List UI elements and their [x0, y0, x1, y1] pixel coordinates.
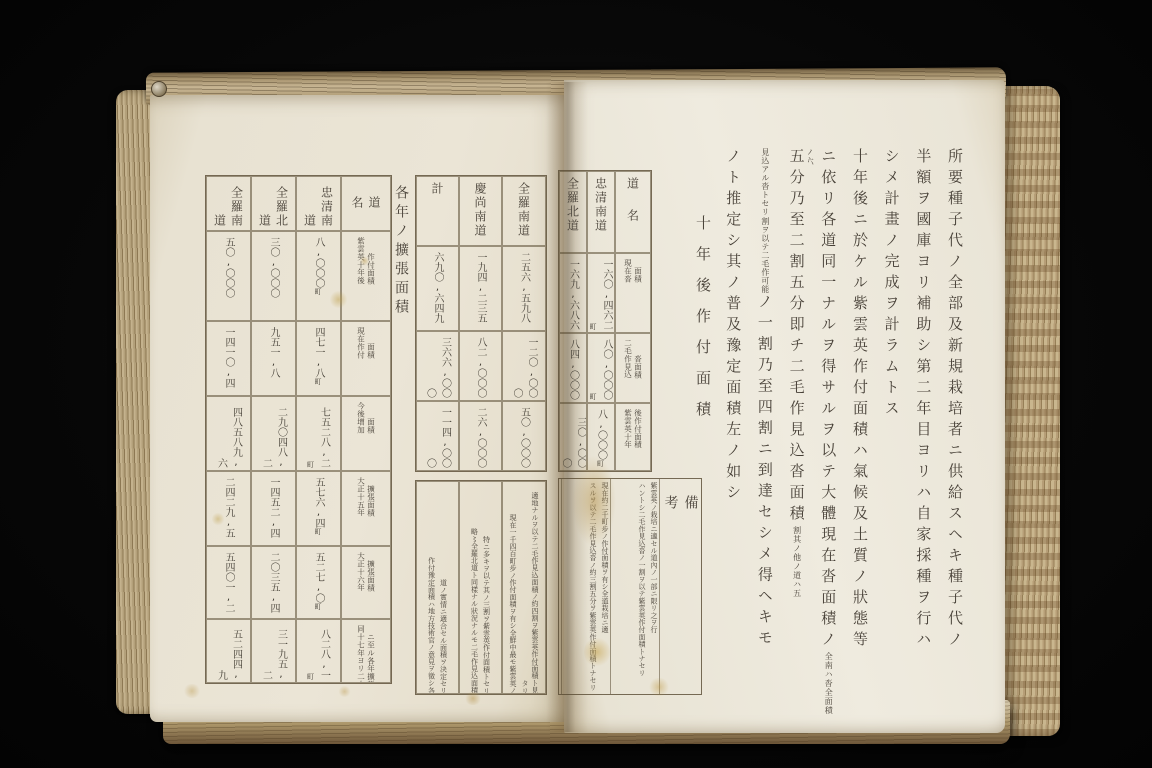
row-label-cell: 紫雲英十年後作付面積: [341, 231, 391, 321]
note-cell: 略〻全羅北道ト同樣ナル狀況ナルモ二毛作見込面積特ニ多キヲ以テ其ノ三割ヲ紫雲英作付…: [459, 481, 502, 694]
note-cell: 現在一千四百町步ノ作付面積ヲ有シ全鮮中最モ紫雲英ノ適地ナルヲ以テ二毛作見込面積ノ…: [502, 481, 546, 694]
value-cell: 八二八,一町: [296, 619, 341, 683]
value-cell: 一六九,六八六: [559, 253, 587, 333]
note-line: 紫雲英ノ栽培ニ適セル道內ノ一部ニ限リ之ヲ行: [649, 482, 659, 697]
unit-mark: 町: [314, 288, 322, 295]
value-cell: 八〇,〇〇〇町: [587, 333, 615, 403]
row-label-cell: 同十七年ヨリ二十四年ニ至ル各年擴張面積: [341, 619, 391, 683]
row-label: 大正十六年擴張面積: [357, 552, 376, 592]
cell-value: 一六〇,四六二町: [588, 259, 614, 330]
row-label-line: 大正十六年: [357, 552, 366, 592]
value-cell: 五四〇一,二: [206, 546, 251, 619]
inline-note-line: 見込アル沓トセリ: [761, 148, 770, 216]
table-continuation: 全羅南道二五六,五九八一二〇,〇〇〇五〇,〇〇〇慶尚南道一九四,二三五八二,〇〇…: [415, 175, 547, 472]
value-cell: 七五二八,二町: [296, 396, 341, 471]
text-column-7: 割ヲ以テ二毛作可能見込アル沓トセリノ一割乃至四割ニ到達セシメ得ヘキモ: [744, 148, 776, 716]
row-label-line: 擴張面積: [367, 552, 376, 592]
cell-value: 八二八,一町: [306, 625, 332, 680]
table-corner-cell: 道名: [615, 171, 651, 253]
cell-value: 八,〇〇〇町: [311, 237, 326, 295]
province-name: 計: [429, 182, 446, 196]
cell-value: 四八五八九,六: [214, 402, 244, 468]
unit-mark: 町: [314, 603, 322, 610]
text-run: 十年後ニ於ケル紫雲英作付面積ハ氣候及土質ノ狀態等: [851, 148, 869, 652]
text-run: 半額ヲ國庫ヨリ補助シ第二年目ヨリハ自家採種ヲ行ハ: [914, 148, 932, 652]
cell-value: 八四,〇〇〇: [566, 339, 581, 400]
cell-value: 五四〇一,二: [221, 552, 236, 613]
value-cell: 三一九五,二: [251, 619, 296, 683]
cell-value: 五二四四,九: [214, 625, 244, 680]
remarks-label-cell: 備考: [659, 479, 701, 694]
corner-label: 道名: [625, 177, 642, 241]
row-label-cell: 大正十五年擴張面積: [341, 471, 391, 546]
unit-mark: 町: [589, 393, 597, 400]
cell-value: 八二,〇〇〇: [473, 337, 488, 398]
cell-value: 一九四,二三五: [473, 252, 488, 323]
cell-value: 三〇,〇〇〇: [266, 237, 281, 298]
inline-note: 割ヲ以テ二毛作可能見込アル沓トセリ: [761, 148, 770, 294]
province-header-cell: 慶尚南道: [459, 176, 502, 246]
remarks-label: 備考: [661, 479, 701, 695]
note-line: スルヲ以テ二毛作見込沓ノ約三割五分ヲ紫雲英作付面積トナセリ: [588, 482, 598, 697]
cell-value: 五〇,〇〇〇: [517, 407, 532, 468]
cell-value: 二五六,五九八: [517, 252, 532, 323]
row-label-line: 今後增加: [357, 402, 366, 434]
value-cell: 三六六,〇〇〇: [416, 331, 459, 401]
text-column-3: シメ計畫ノ完成ヲ計ラムトス: [871, 148, 903, 716]
cell-value: 五〇,〇〇〇: [221, 237, 236, 298]
value-cell: 四七一,八町: [296, 321, 341, 396]
value-cell: 八,〇〇〇町: [296, 231, 341, 321]
note-line: 特ニ多キヲ以テ其ノ三割ヲ紫雲英作付面積トセリ: [482, 490, 492, 694]
cell-value: 五二七,〇町: [311, 552, 326, 610]
row-label-line: 大正十五年: [357, 477, 366, 517]
note-line: 道ノ實情ニ適合セル面積ヲ決定セリ: [439, 490, 449, 694]
value-cell: 二六,〇〇〇: [459, 401, 502, 471]
cell-value: 一四五二,四: [266, 477, 281, 538]
text-column-5: ニ依リ各道同一ナルヲ得サルヲ以テ大體現在沓面積ノ全南ハ沓全面積ノ六: [808, 148, 840, 716]
value-cell: 五〇,〇〇〇: [502, 401, 546, 471]
row-label-line: 沓面積: [634, 339, 643, 379]
value-cell: 五〇,〇〇〇: [206, 231, 251, 321]
row-label-line: 紫雲英十年後: [357, 237, 366, 284]
row-label-line: 面積: [634, 259, 643, 283]
cell-value: 二九〇四八,二: [259, 402, 289, 468]
value-cell: 五七六,四町: [296, 471, 341, 546]
value-cell: 四八五八九,六: [206, 396, 251, 471]
row-label-line: 現在沓: [624, 259, 633, 283]
cell-value: 三六六,〇〇〇: [423, 337, 453, 398]
value-cell: 二五六,五九八: [502, 246, 546, 331]
main-text: 所要種子代ノ全部及新規栽培者ニ供給スヘキ種子代ノ 半額ヲ國庫ヨリ補助シ第二年目ヨ…: [712, 148, 966, 716]
row-label-cell: 大正十六年擴張面積: [341, 546, 391, 619]
value-cell: 二四二九,五: [206, 471, 251, 546]
text-column-2: 半額ヲ國庫ヨリ補助シ第二年目ヨリハ自家採種ヲ行ハ: [903, 148, 935, 716]
binding-post: [151, 81, 167, 97]
province-name: 全羅南道: [212, 182, 246, 228]
text-column-8: ノト推定シ其ノ普及豫定面積左ノ如シ: [713, 148, 745, 716]
text-run: 所要種子代ノ全部及新規栽培者ニ供給スヘキ種子代ノ: [946, 148, 964, 652]
right-page-stack-edge: [1002, 86, 1060, 736]
row-label-cell: 現在沓面積: [615, 253, 651, 333]
text-run: ニ依リ各道同一ナルヲ得サルヲ以テ大體現在沓面積ノ: [819, 148, 837, 652]
row-label-line: 紫雲英十年: [624, 409, 633, 449]
unit-mark: 町: [307, 461, 315, 468]
value-cell: 一一四,〇〇〇: [416, 401, 459, 471]
province-header-cell: 忠清南道: [587, 171, 615, 253]
value-cell: 一四五二,四: [251, 471, 296, 546]
text-run: ノ一割乃至四割ニ到達セシメ得ヘキモ: [756, 294, 774, 651]
note-line: 作付豫定面積ハ地方技術官ノ意見ヲ徵シ各: [427, 490, 437, 694]
unit-mark: 町: [597, 460, 605, 467]
province-name: 忠清南道: [302, 182, 336, 228]
unit-mark: 町: [314, 528, 322, 535]
unit-mark: 町: [314, 378, 322, 385]
remark-note: 紫雲英ノ栽培ニ適セル道內ノ一部ニ限リ之ヲ行ハントシ二毛作見込沓ノ一割ヲ以テ紫雲英…: [610, 479, 659, 694]
text-column-6: 五分乃至二割五分即チ二毛作見込沓面積割其ノ他ノ道ハ五: [776, 148, 808, 716]
cell-value: 三一九五,二: [259, 625, 289, 680]
cell-value: 一二〇,〇〇〇: [509, 337, 539, 398]
cell-value: 二六,〇〇〇: [473, 407, 488, 468]
province-header-cell: 全羅南道: [502, 176, 546, 246]
cell-value: 二四二九,五: [221, 477, 236, 538]
corner-label: 道名: [349, 182, 383, 228]
table-heading: 十年後作付面積: [693, 215, 714, 432]
expansion-table: 道名紫雲英十年後作付面積現在作付面積今後增加面積大正十五年擴張面積大正十六年擴張…: [205, 175, 392, 684]
cell-value: 六九〇,六四九: [430, 252, 445, 323]
note-line: 現在約二千町步ノ作付面積ヲ有シ全道栽培ニ適: [600, 482, 610, 697]
cell-value: 九五一,八: [266, 327, 281, 378]
section-title: 各年ノ擴張面積: [391, 185, 411, 318]
cell-value: 一四一〇,四: [221, 327, 236, 388]
row-label-line: ニ至ル各年擴張面積: [367, 625, 376, 683]
row-label: 大正十五年擴張面積: [357, 477, 376, 517]
note-line: 略〻全羅北道ト同樣ナル狀況ナルモ二毛作見込面積: [470, 490, 480, 694]
value-cell: 三〇,〇〇〇: [559, 403, 587, 471]
cell-value: 一一四,〇〇〇: [423, 407, 453, 468]
note-cell: 作付豫定面積ハ地方技術官ノ意見ヲ徵シ各道ノ實情ニ適合セル面積ヲ決定セリ: [416, 481, 459, 694]
row-label-cell: 紫雲英十年後作付面積: [615, 403, 651, 471]
province-name: 慶尚南道: [472, 182, 489, 238]
value-cell: 一二〇,〇〇〇: [502, 331, 546, 401]
province-header-cell: 全羅北道: [251, 176, 296, 231]
unit-mark: 町: [589, 323, 597, 330]
row-label: 同十七年ヨリ二十四年ニ至ル各年擴張面積: [357, 625, 376, 683]
province-name: 全羅北道: [565, 177, 582, 233]
value-cell: 八,〇〇〇町: [587, 403, 615, 471]
cell-value: 三〇,〇〇〇: [559, 409, 587, 468]
cell-value: 四七一,八町: [311, 327, 326, 385]
row-label: 紫雲英十年後作付面積: [357, 237, 376, 284]
province-name: 全羅南道: [516, 182, 533, 238]
row-label: 現在沓面積: [624, 259, 643, 283]
province-name: 忠清南道: [593, 177, 610, 233]
province-header-cell: 全羅南道: [206, 176, 251, 231]
note-line: 現在一千四百町步ノ作付面積ヲ有シ全鮮中最モ紫雲英ノ: [508, 490, 518, 694]
row-label-line: 擴張面積: [367, 477, 376, 517]
text-run: ノト推定シ其ノ普及豫定面積左ノ如シ: [724, 148, 742, 505]
row-label: 二毛作見込沓面積: [624, 339, 643, 379]
row-label-line: 同十七年ヨリ二十四年: [357, 625, 366, 683]
row-label-line: 作付面積: [367, 237, 376, 284]
value-cell: 二〇三五,四: [251, 546, 296, 619]
text-run: シメ計畫ノ完成ヲ計ラムトス: [883, 148, 901, 421]
cell-value: 八,〇〇〇町: [594, 409, 609, 467]
row-label: 現在作付面積: [357, 327, 376, 359]
row-label: 今後增加面積: [357, 402, 376, 434]
cell-value: 八〇,〇〇〇町: [588, 339, 614, 400]
cell-value: 五七六,四町: [311, 477, 326, 535]
value-cell: 八二,〇〇〇: [459, 331, 502, 401]
book-photo: 所要種子代ノ全部及新規栽培者ニ供給スヘキ種子代ノ 半額ヲ國庫ヨリ補助シ第二年目ヨ…: [0, 0, 1152, 768]
value-cell: 九五一,八: [251, 321, 296, 396]
value-cell: 三〇,〇〇〇: [251, 231, 296, 321]
row-label-line: 現在作付: [357, 327, 366, 359]
inline-note-line: 割ヲ以テ二毛作可能: [761, 217, 770, 294]
cell-value: 二〇三五,四: [266, 552, 281, 613]
row-label-line: 二毛作見込: [624, 339, 633, 379]
value-cell: 一六〇,四六二町: [587, 253, 615, 333]
remarks-block: 備考 紫雲英ノ栽培ニ適セル道內ノ一部ニ限リ之ヲ行ハントシ二毛作見込沓ノ一割ヲ以テ…: [558, 478, 702, 695]
notes-block: 現在一千四百町步ノ作付面積ヲ有シ全鮮中最モ紫雲英ノ適地ナルヲ以テ二毛作見込面積ノ…: [415, 480, 547, 695]
inline-note: 割其ノ他ノ道ハ五: [793, 526, 802, 598]
province-header-cell: 全羅北道: [559, 171, 587, 253]
row-label-cell: 現在作付面積: [341, 321, 391, 396]
row-label: 紫雲英十年後作付面積: [624, 409, 643, 449]
cell-value: 七五二八,二町: [306, 402, 332, 468]
row-label-line: 後作付面積: [634, 409, 643, 449]
value-cell: 一四一〇,四: [206, 321, 251, 396]
text-run: 五分乃至二割五分即チ二毛作見込沓面積: [788, 148, 806, 526]
cell-value: 一六九,六八六: [566, 259, 581, 330]
value-cell: 五二七,〇町: [296, 546, 341, 619]
ten-year-planting-table: 道名現在沓面積二毛作見込沓面積紫雲英十年後作付面積忠清南道一六〇,四六二町八〇,…: [558, 170, 652, 472]
value-cell: 一九四,二三五: [459, 246, 502, 331]
value-cell: 八四,〇〇〇: [559, 333, 587, 403]
remark-note: 現在約二千町步ノ作付面積ヲ有シ全道栽培ニ適スルヲ以テ二毛作見込沓ノ約三割五分ヲ紫…: [561, 479, 610, 694]
province-name: 全羅北道: [257, 182, 291, 228]
row-label-line: 面積: [367, 402, 376, 434]
note-line: 適地ナルヲ以テ二毛作見込面積ノ約四割ヲ紫雲英作付面積ト見タリ: [520, 490, 540, 694]
value-cell: 五二四四,九: [206, 619, 251, 683]
unit-mark: 町: [307, 673, 315, 680]
note-line: ハントシ二毛作見込沓ノ一割ヲ以テ紫雲英作付面積トナセリ: [637, 482, 647, 697]
text-column-4: 十年後ニ於ケル紫雲英作付面積ハ氣候及土質ノ狀態等: [839, 148, 871, 716]
table-corner-cell: 道名: [341, 176, 391, 231]
text-column-1: 所要種子代ノ全部及新規栽培者ニ供給スヘキ種子代ノ: [934, 148, 966, 716]
value-cell: 六九〇,六四九: [416, 246, 459, 331]
province-header-cell: 計: [416, 176, 459, 246]
row-label-cell: 今後增加面積: [341, 396, 391, 471]
province-header-cell: 忠清南道: [296, 176, 341, 231]
row-label-line: 面積: [367, 327, 376, 359]
value-cell: 二九〇四八,二: [251, 396, 296, 471]
row-label-cell: 二毛作見込沓面積: [615, 333, 651, 403]
